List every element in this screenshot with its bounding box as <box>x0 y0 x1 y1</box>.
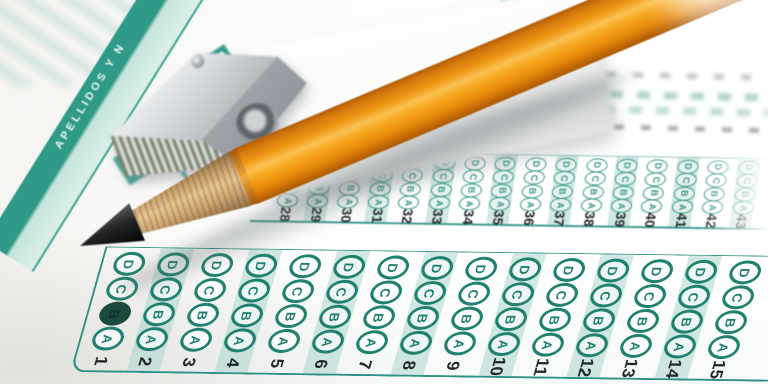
answer-bubble-q3-C: C <box>191 278 229 302</box>
question-number-text: 39 <box>612 212 628 227</box>
bubble-letter: B <box>415 313 431 323</box>
bubble-letter: A <box>584 341 600 351</box>
bubble-letter: A <box>100 334 116 344</box>
bubble-letter: B <box>679 190 689 197</box>
question-number-text: 8 <box>400 360 420 370</box>
answer-bubble-q40-C: C <box>644 172 667 186</box>
question-number-15: 15 <box>698 356 736 382</box>
answer-bubble-q11-D: D <box>550 258 588 282</box>
answer-bubble-q15-C: C <box>719 285 757 309</box>
bubble-letter: D <box>683 163 693 170</box>
question-number-text: 4 <box>224 357 244 367</box>
bubble-letter: D <box>737 268 753 278</box>
answer-bubble-q38-B: B <box>581 185 604 199</box>
answer-bubble-q1-B-marked: B <box>96 301 134 325</box>
bubble-letter: A <box>232 336 248 346</box>
answer-bubble-q9-B: B <box>448 306 486 330</box>
question-number-text: 11 <box>530 358 552 376</box>
bubble-letter: B <box>588 189 598 196</box>
bubble-letter: B <box>635 316 651 326</box>
bubble-letter: D <box>500 160 510 167</box>
bubble-letter: D <box>473 264 489 274</box>
bubble-letter: D <box>517 265 533 275</box>
answer-bubble-q13-D: D <box>638 259 676 283</box>
bubble-letter: A <box>616 203 626 210</box>
question-number-31: 31 <box>365 207 388 225</box>
bubble-letter: B <box>547 315 563 325</box>
answer-bubble-q7-C: C <box>367 280 405 304</box>
question-number-text: 40 <box>642 213 658 228</box>
bubble-letter: C <box>499 174 509 181</box>
question-number-5: 5 <box>258 350 296 376</box>
question-number-9: 9 <box>434 352 472 378</box>
answer-bubble-q15-D: D <box>726 260 764 284</box>
bubble-letter: D <box>622 162 632 169</box>
answer-bubble-q13-C: C <box>631 284 669 308</box>
question-number-33: 33 <box>425 208 448 226</box>
bubble-letter: A <box>525 201 535 208</box>
bubble-letter: C <box>468 173 478 180</box>
bubble-letter: B <box>436 186 446 193</box>
bubble-letter: C <box>554 290 570 300</box>
bubble-letter: C <box>590 175 600 182</box>
answer-bubble-q34-B: B <box>460 183 483 197</box>
question-number-40: 40 <box>638 211 661 229</box>
question-number-text: 36 <box>520 211 536 226</box>
bubble-letter: A <box>677 203 687 210</box>
bubble-letter: D <box>605 266 621 276</box>
bubble-letter: C <box>334 287 350 297</box>
question-number-text: 32 <box>399 209 415 224</box>
question-number-text: 7 <box>356 359 376 369</box>
bubble-letter: C <box>510 289 526 299</box>
question-number-36: 36 <box>517 209 540 227</box>
overexposed-glare <box>698 138 768 248</box>
bubble-letter: B <box>679 317 695 327</box>
question-number-text: 2 <box>136 356 156 366</box>
question-number-text: 35 <box>490 210 506 225</box>
answer-bubble-q7-B: B <box>360 305 398 329</box>
bubble-letter: C <box>686 292 702 302</box>
question-number-37: 37 <box>547 210 570 228</box>
bubble-letter: D <box>341 262 357 272</box>
question-number-35: 35 <box>486 209 509 227</box>
question-number-11: 11 <box>522 353 560 379</box>
bubble-letter: A <box>434 200 444 207</box>
question-number-text: 34 <box>460 210 476 225</box>
bubble-letter: A <box>276 336 292 346</box>
bubble-letter: A <box>647 203 657 210</box>
question-number-13: 13 <box>610 355 648 381</box>
bubble-letter: B <box>459 314 475 324</box>
bubble-letter: A <box>464 200 474 207</box>
question-number-38: 38 <box>577 210 600 228</box>
bubble-letter: A <box>556 202 566 209</box>
bubble-letter: B <box>723 317 739 327</box>
bubble-letter: B <box>239 311 255 321</box>
bubble-letter: C <box>642 291 658 301</box>
bubble-letter: D <box>385 263 401 273</box>
answer-bubble-q5-B: B <box>272 304 310 328</box>
bubble-letter: C <box>202 285 218 295</box>
answer-bubble-q9-C: C <box>455 281 493 305</box>
question-number-text: 6 <box>312 359 332 369</box>
question-number-text: 3 <box>180 357 200 367</box>
bubble-letter: D <box>592 162 602 169</box>
question-number-text: 33 <box>429 209 445 224</box>
bubble-letter: B <box>327 312 343 322</box>
question-number-text: 38 <box>581 212 597 227</box>
bubble-letter: A <box>540 340 556 350</box>
bubble-letter: C <box>422 288 438 298</box>
bubble-letter: A <box>144 334 160 344</box>
bubble-letter: B <box>503 314 519 324</box>
question-number-7: 7 <box>346 351 384 377</box>
answer-bubble-q11-B: B <box>536 308 574 332</box>
bubble-letter: B <box>649 190 659 197</box>
bubble-letter: D <box>297 261 313 271</box>
answer-bubble-q40-D: D <box>646 159 669 173</box>
bubble-letter: B <box>466 187 476 194</box>
answer-bubble-q36-C: C <box>522 170 545 184</box>
answer-bubble-q9-D: D <box>462 257 500 281</box>
question-number-text: 9 <box>444 361 464 371</box>
question-number-text: 14 <box>662 359 684 378</box>
answer-bubble-q34-C: C <box>462 169 485 183</box>
answer-bubble-q11-C: C <box>543 283 581 307</box>
bubble-letter: C <box>620 176 630 183</box>
answer-bubble-q36-D: D <box>524 157 547 171</box>
bubble-letter: D <box>429 263 445 273</box>
photo-scene: APELLIDOS Y N LOTT ABCD28ABCD29ABCD30ABC… <box>0 0 768 384</box>
bubble-letter: C <box>681 177 691 184</box>
answer-bubble-q38-D: D <box>585 158 608 172</box>
answer-bubble-q3-B: B <box>184 303 222 327</box>
bubble-letter: A <box>452 339 468 349</box>
bubble-letter: A <box>188 335 204 345</box>
bubble-letter: A <box>628 341 644 351</box>
bubble-letter: C <box>730 293 746 303</box>
question-number-41: 41 <box>668 212 691 230</box>
bubble-letter: C <box>378 288 394 298</box>
bubble-letter: B <box>497 187 507 194</box>
bubble-letter: B <box>591 316 607 326</box>
bubble-letter: C <box>529 174 539 181</box>
question-number-3: 3 <box>170 348 208 374</box>
bubble-letter: D <box>561 265 577 275</box>
question-number-32: 32 <box>395 207 418 225</box>
question-number-text: 13 <box>618 358 640 377</box>
question-number-39: 39 <box>608 211 631 229</box>
bubble-letter: C <box>246 286 262 296</box>
bubble-letter: A <box>408 338 424 348</box>
answer-bubble-q40-B: B <box>642 186 665 200</box>
bubble-letter: B <box>618 189 628 196</box>
bubble-letter: B <box>151 309 167 319</box>
bubble-letter: A <box>404 199 414 206</box>
bubble-letter: B <box>107 309 123 319</box>
bubble-letter: D <box>693 267 709 277</box>
bubble-letter: A <box>496 339 512 349</box>
bubble-letter: B <box>558 188 568 195</box>
bubble-letter: A <box>495 201 505 208</box>
bubble-letter: D <box>561 161 571 168</box>
bubble-letter: A <box>364 337 380 347</box>
bubble-letter: D <box>652 163 662 170</box>
bubble-letter: C <box>651 176 661 183</box>
answer-bubble-q15-B: B <box>712 310 750 334</box>
bubble-letter: A <box>320 337 336 347</box>
question-number-34: 34 <box>456 208 479 226</box>
bubble-letter: C <box>290 286 306 296</box>
question-number-text: 12 <box>574 358 596 377</box>
bubble-letter: D <box>121 259 137 269</box>
bubble-letter: C <box>158 285 174 295</box>
answer-bubble-q38-C: C <box>583 171 606 185</box>
answer-bubble-q5-D: D <box>286 254 324 278</box>
answer-bubble-q36-B: B <box>521 184 544 198</box>
answer-bubble-q5-C: C <box>279 279 317 303</box>
bubble-letter: C <box>559 175 569 182</box>
answer-bubble-q33-B: B <box>429 182 452 196</box>
bubble-letter: D <box>649 266 665 276</box>
question-number-text: 10 <box>486 356 508 375</box>
bubble-letter: C <box>598 291 614 301</box>
question-number-text: 31 <box>368 208 384 223</box>
question-number-text: 1 <box>92 356 112 366</box>
bubble-letter: A <box>716 342 732 352</box>
bubble-letter: A <box>672 342 688 352</box>
bubble-letter: B <box>195 310 211 320</box>
question-number-text: 37 <box>551 211 567 226</box>
bubble-letter: A <box>586 202 596 209</box>
bubble-letter: D <box>470 160 480 167</box>
bubble-letter: C <box>466 289 482 299</box>
question-number-text: 15 <box>706 359 728 378</box>
question-number-text: 41 <box>672 213 688 228</box>
bubble-letter: B <box>283 311 299 321</box>
bubble-letter: D <box>253 261 269 271</box>
answer-bubble-q13-B: B <box>624 309 662 333</box>
bubble-letter: B <box>371 313 387 323</box>
bubble-letter: B <box>527 188 537 195</box>
answer-bubble-q7-D: D <box>374 255 412 279</box>
question-number-text: 5 <box>268 358 288 368</box>
bubble-letter: D <box>531 161 541 168</box>
question-number-1: 1 <box>82 347 120 373</box>
